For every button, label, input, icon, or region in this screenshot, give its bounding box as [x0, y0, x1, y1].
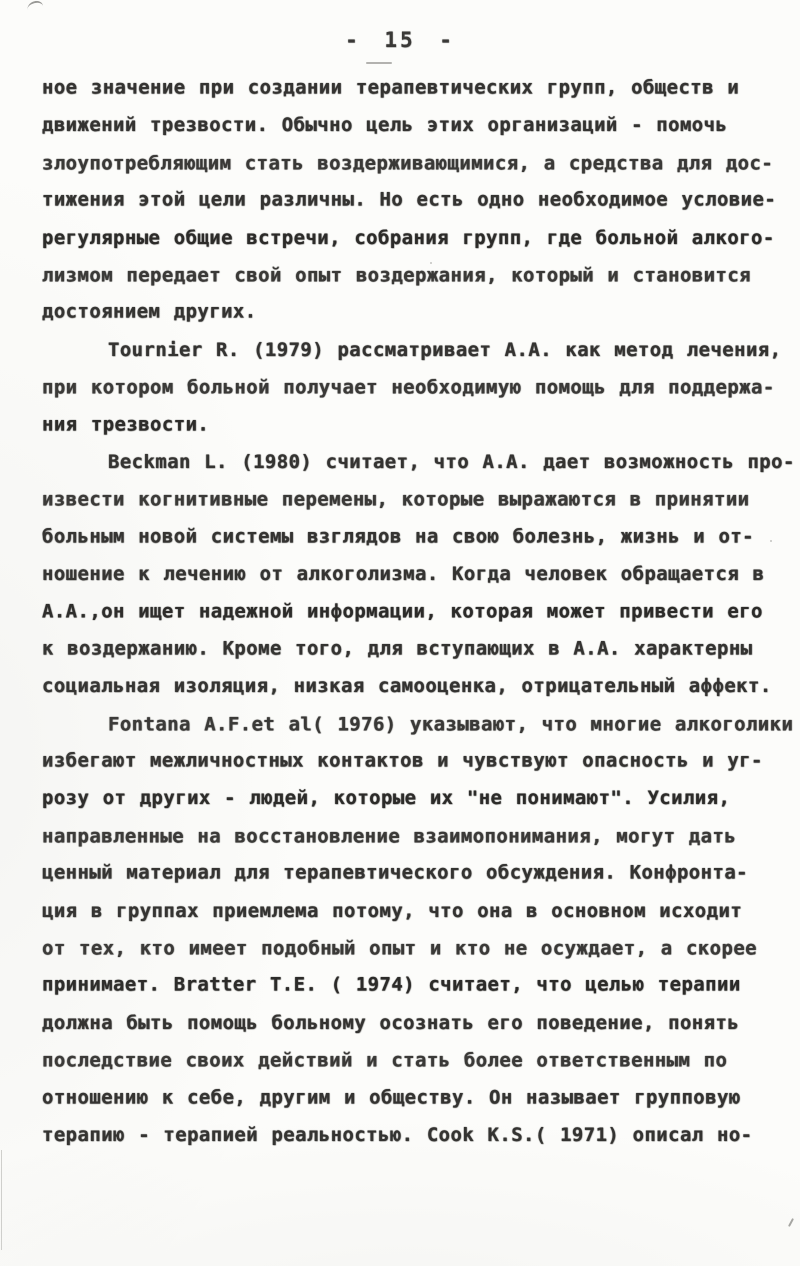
- text-line: ния трезвости.: [42, 406, 772, 443]
- text-line: извести когнитивные перемены, которые вы…: [42, 482, 772, 519]
- text-line: достоянием других.: [42, 294, 772, 331]
- text-line: ценный материал для терапевтического обс…: [42, 855, 772, 892]
- text-line: к воздержанию. Кроме того, для вступающи…: [42, 631, 772, 668]
- text-line: социальная изоляция, низкая самооценка, …: [42, 668, 772, 705]
- typewritten-text-block: ное значение при создании терапевтически…: [42, 70, 772, 1154]
- text-line: при котором больной получает необходимую…: [42, 370, 772, 407]
- text-line: розу от других - людей, которые их "не п…: [42, 780, 772, 817]
- text-line: ция в группах приемлема потому, что она …: [42, 893, 772, 930]
- text-line: отношению к себе, другим и обществу. Он …: [42, 1079, 772, 1116]
- page-number-underline: [366, 62, 392, 64]
- text-line: принимает. Bratter T.E. ( 1974) считает,…: [42, 967, 772, 1004]
- text-line: последствие своих действий и стать более…: [42, 1043, 772, 1080]
- text-line: А.А.,он ищет надежной информации, котора…: [42, 594, 772, 631]
- text-line: ношение к лечению от алкоголизма. Когда …: [42, 556, 772, 593]
- text-line: ное значение при создании терапевтически…: [42, 70, 772, 107]
- text-line: направленные на восстановление взаимопон…: [42, 818, 772, 855]
- document-page: - 15 - ное значение при создании терапев…: [0, 0, 800, 1266]
- scan-ink-mark-top-left: [27, 0, 44, 10]
- text-line: движений трезвости. Обычно цель этих орг…: [42, 107, 772, 144]
- text-line-paragraph-start: Fontana A.F.et al( 1976) указывают, что …: [42, 706, 772, 743]
- page-number: - 15 -: [0, 28, 800, 52]
- text-line: избегают межличностных контактов и чувст…: [42, 743, 772, 780]
- text-line-paragraph-start: Beckman L. (1980) считает, что А.А. дает…: [42, 444, 772, 481]
- text-line: больным новой системы взглядов на свою б…: [42, 518, 772, 555]
- text-line: должна быть помощь больному осознать его…: [42, 1005, 772, 1042]
- scan-edge-line-left: [1, 1150, 2, 1250]
- scan-ink-mark-bottom-right: [788, 1218, 794, 1227]
- text-line: от тех, кто имеет подобный опыт и кто не…: [42, 930, 772, 967]
- text-line: злоупотребляющим стать воздерживающимися…: [42, 145, 772, 182]
- text-line: лизмом передает свой опыт воздержания, к…: [42, 257, 772, 294]
- text-line: тижения этой цели различны. Но есть одно…: [42, 182, 772, 219]
- text-line: регулярные общие встречи, собрания групп…: [42, 220, 772, 257]
- text-line: терапию - терапией реальностью. Cook K.S…: [42, 1117, 772, 1154]
- text-line-paragraph-start: Tournier R. (1979) рассматривает А.А. ка…: [42, 332, 772, 369]
